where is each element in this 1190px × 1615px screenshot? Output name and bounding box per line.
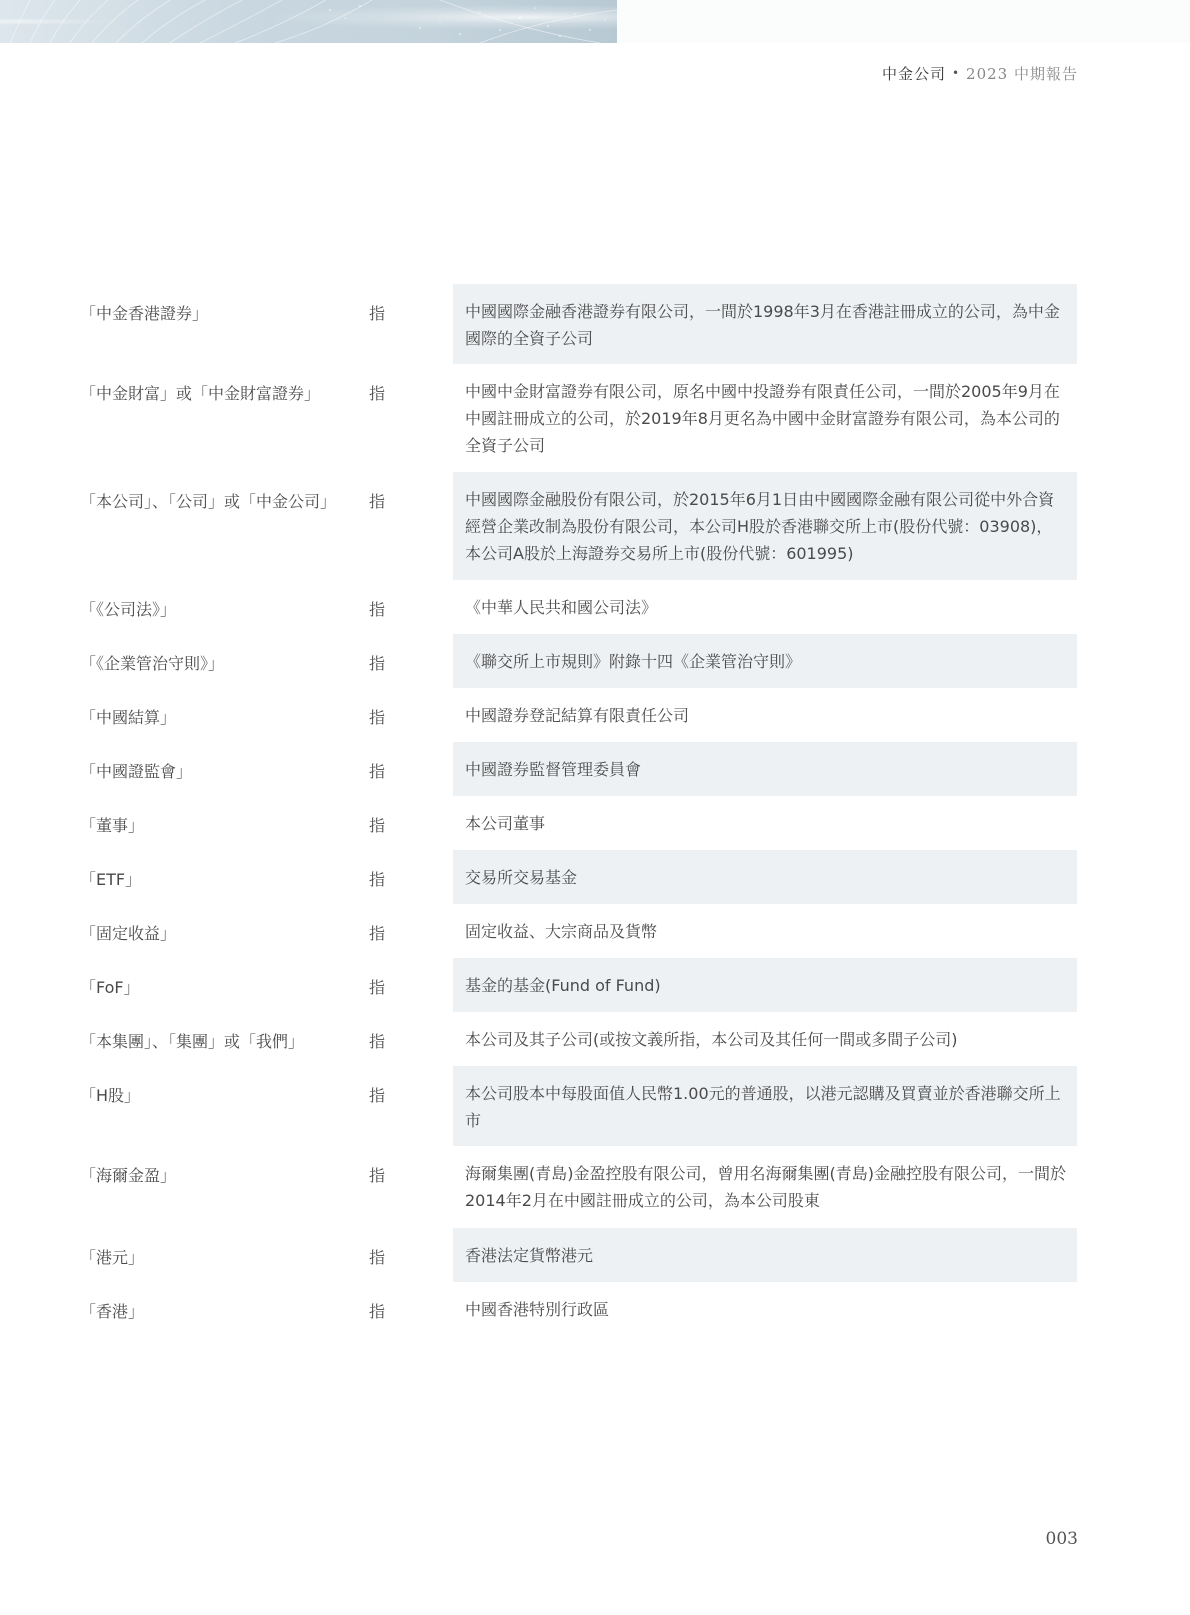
definition-text: 本公司董事 bbox=[453, 796, 1077, 850]
definition-term: 「本公司」、「公司」或「中金公司」 bbox=[80, 489, 336, 515]
definition-means: 指 bbox=[369, 381, 385, 407]
swirl-pattern-icon bbox=[0, 0, 617, 43]
definition-text: 香港法定貨幣港元 bbox=[453, 1228, 1077, 1282]
definition-row: 「中金財富」或「中金財富證券」 指 中國中金財富證券有限公司，原名中國中投證券有… bbox=[0, 364, 1190, 472]
definition-term: 「港元」 bbox=[80, 1245, 144, 1271]
definition-term: 「《企業管治守則》」 bbox=[80, 651, 224, 677]
definition-means: 指 bbox=[369, 921, 385, 947]
definition-text: 《中華人民共和國公司法》 bbox=[453, 580, 1077, 634]
definition-term: 「《公司法》」 bbox=[80, 597, 176, 623]
definition-means: 指 bbox=[369, 651, 385, 677]
definition-text: 基金的基金(Fund of Fund) bbox=[453, 958, 1077, 1012]
definition-term: 「中國結算」 bbox=[80, 705, 176, 731]
definition-text: 中國證券監督管理委員會 bbox=[453, 742, 1077, 796]
definitions-table: 「中金香港證券」 指 中國國際金融香港證券有限公司，一間於1998年3月在香港註… bbox=[0, 284, 1190, 1336]
definition-text: 《聯交所上市規則》附錄十四《企業管治守則》 bbox=[453, 634, 1077, 688]
definition-row: 「FoF」 指 基金的基金(Fund of Fund) bbox=[0, 958, 1190, 1012]
definition-means: 指 bbox=[369, 975, 385, 1001]
definition-row: 「《企業管治守則》」 指 《聯交所上市規則》附錄十四《企業管治守則》 bbox=[0, 634, 1190, 688]
definition-text: 本公司股本中每股面值人民幣1.00元的普通股，以港元認購及買賣並於香港聯交所上市 bbox=[453, 1066, 1077, 1146]
header-separator: • bbox=[952, 66, 960, 80]
definition-means: 指 bbox=[369, 597, 385, 623]
definition-text: 交易所交易基金 bbox=[453, 850, 1077, 904]
definition-row: 「中國結算」 指 中國證券登記結算有限責任公司 bbox=[0, 688, 1190, 742]
definition-means: 指 bbox=[369, 813, 385, 839]
definition-row: 「海爾金盈」 指 海爾集團(青島)金盈控股有限公司，曾用名海爾集團(青島)金融控… bbox=[0, 1146, 1190, 1228]
definition-term: 「海爾金盈」 bbox=[80, 1163, 176, 1189]
definition-row: 「中國證監會」 指 中國證券監督管理委員會 bbox=[0, 742, 1190, 796]
definition-term: 「中國證監會」 bbox=[80, 759, 192, 785]
definition-means: 指 bbox=[369, 759, 385, 785]
definition-means: 指 bbox=[369, 489, 385, 515]
definition-row: 「H股」 指 本公司股本中每股面值人民幣1.00元的普通股，以港元認購及買賣並於… bbox=[0, 1066, 1190, 1146]
definition-term: 「固定收益」 bbox=[80, 921, 176, 947]
definition-text: 中國國際金融香港證券有限公司，一間於1998年3月在香港註冊成立的公司，為中金國… bbox=[453, 284, 1077, 364]
definition-text: 中國證券登記結算有限責任公司 bbox=[453, 688, 1077, 742]
definition-term: 「中金財富」或「中金財富證券」 bbox=[80, 381, 320, 407]
definition-row: 「《公司法》」 指 《中華人民共和國公司法》 bbox=[0, 580, 1190, 634]
header-banner-image bbox=[0, 0, 617, 43]
running-header: 中金公司•2023 中期報告 bbox=[882, 63, 1078, 84]
definition-row: 「港元」 指 香港法定貨幣港元 bbox=[0, 1228, 1190, 1282]
definition-text: 中國香港特別行政區 bbox=[453, 1282, 1077, 1336]
definition-row: 「本集團」、「集團」或「我們」 指 本公司及其子公司(或按文義所指，本公司及其任… bbox=[0, 1012, 1190, 1066]
definition-means: 指 bbox=[369, 1083, 385, 1109]
page-number: 003 bbox=[1046, 1529, 1078, 1549]
definition-row: 「香港」 指 中國香港特別行政區 bbox=[0, 1282, 1190, 1336]
definition-text: 固定收益、大宗商品及貨幣 bbox=[453, 904, 1077, 958]
definition-term: 「H股」 bbox=[80, 1083, 140, 1109]
definition-term: 「香港」 bbox=[80, 1299, 144, 1325]
definition-means: 指 bbox=[369, 1163, 385, 1189]
definition-means: 指 bbox=[369, 301, 385, 327]
definition-means: 指 bbox=[369, 705, 385, 731]
header-company-name: 中金公司 bbox=[882, 65, 946, 83]
definition-row: 「ETF」 指 交易所交易基金 bbox=[0, 850, 1190, 904]
definition-row: 「中金香港證券」 指 中國國際金融香港證券有限公司，一間於1998年3月在香港註… bbox=[0, 284, 1190, 364]
definition-term: 「FoF」 bbox=[80, 975, 140, 1001]
definition-term: 「中金香港證券」 bbox=[80, 301, 208, 327]
definition-term: 「ETF」 bbox=[80, 867, 141, 893]
definition-means: 指 bbox=[369, 1299, 385, 1325]
definition-means: 指 bbox=[369, 867, 385, 893]
definition-row: 「固定收益」 指 固定收益、大宗商品及貨幣 bbox=[0, 904, 1190, 958]
definition-text: 本公司及其子公司(或按文義所指，本公司及其任何一間或多間子公司) bbox=[453, 1012, 1077, 1066]
definition-term: 「本集團」、「集團」或「我們」 bbox=[80, 1029, 304, 1055]
definition-means: 指 bbox=[369, 1029, 385, 1055]
definition-text: 海爾集團(青島)金盈控股有限公司，曾用名海爾集團(青島)金融控股有限公司，一間於… bbox=[453, 1146, 1077, 1228]
definition-row: 「本公司」、「公司」或「中金公司」 指 中國國際金融股份有限公司，於2015年6… bbox=[0, 472, 1190, 580]
header-report-title: 2023 中期報告 bbox=[966, 65, 1078, 83]
definition-text: 中國中金財富證券有限公司，原名中國中投證券有限責任公司，一間於2005年9月在中… bbox=[453, 364, 1077, 472]
definition-text: 中國國際金融股份有限公司，於2015年6月1日由中國國際金融有限公司從中外合資經… bbox=[453, 472, 1077, 580]
definition-row: 「董事」 指 本公司董事 bbox=[0, 796, 1190, 850]
definition-means: 指 bbox=[369, 1245, 385, 1271]
definition-term: 「董事」 bbox=[80, 813, 144, 839]
